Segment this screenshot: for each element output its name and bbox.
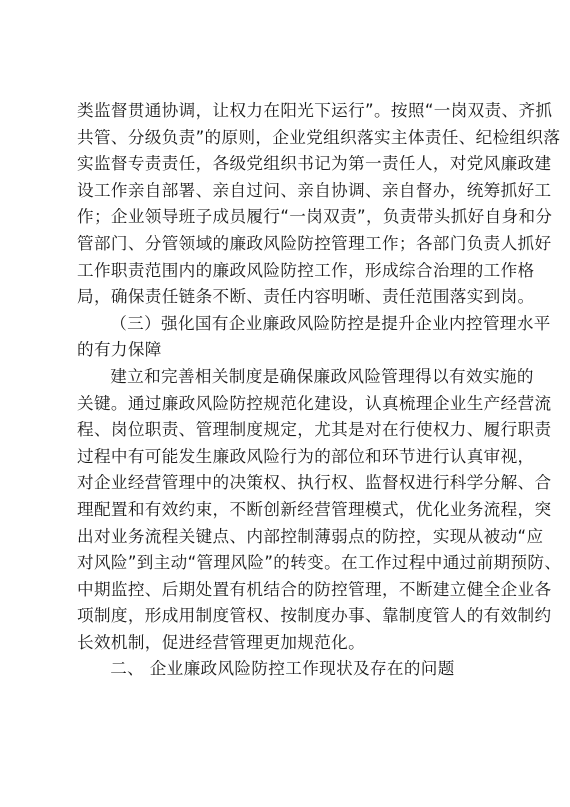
text-line: 局，确保责任链条不断、责任内容明晰、责任范围落实到岗。 [77, 284, 495, 311]
text-line: 管部门、分管领域的廉政风险防控管理工作；各部门负责人抓好 [77, 231, 495, 258]
text-line: 实监督专责责任，各级党组织书记为第一责任人，对党风廉政建 [77, 151, 495, 178]
paragraph-responsibility-system: 类监督贯通协调，让权力在阳光下运行”。按照“一岗双责、齐抓 共管、分级负责”的原… [77, 98, 495, 311]
section-heading-line: 二、 企业廉政风险防控工作现状及存在的问题 [77, 656, 495, 683]
section-heading-2: 二、 企业廉政风险防控工作现状及存在的问题 [77, 656, 495, 683]
text-line: 关键。通过廉政风险防控规范化建设，认真梳理企业生产经营流 [77, 391, 495, 418]
subheading-line: （三）强化国有企业廉政风险防控是提升企业内控管理水平 [77, 311, 495, 338]
text-line: 作；企业领导班子成员履行“一岗双责”，负责带头抓好自身和分 [77, 204, 495, 231]
paragraph-institutional-building: 建立和完善相关制度是确保廉政风险管理得以有效实施的 关键。通过廉政风险防控规范化… [77, 364, 495, 657]
text-line: 程、岗位职责、管理制度规定，尤其是对在行使权力、履行职责 [77, 417, 495, 444]
text-line: 项制度，形成用制度管权、按制度办事、靠制度管人的有效制约 [77, 603, 495, 630]
text-line: 类监督贯通协调，让权力在阳光下运行”。按照“一岗双责、齐抓 [77, 98, 495, 125]
text-line: 对风险”到主动“管理风险”的转变。在工作过程中通过前期预防、 [77, 550, 495, 577]
subheading-line: 的有力保障 [77, 337, 495, 364]
text-line: 出对业务流程关键点、内部控制薄弱点的防控，实现从被动“应 [77, 524, 495, 551]
subheading-section-3: （三）强化国有企业廉政风险防控是提升企业内控管理水平 的有力保障 [77, 311, 495, 364]
text-line: 建立和完善相关制度是确保廉政风险管理得以有效实施的 [77, 364, 495, 391]
text-line: 过程中有可能发生廉政风险行为的部位和环节进行认真审视， [77, 444, 495, 471]
text-line: 对企业经营管理中的决策权、执行权、监督权进行科学分解、合 [77, 470, 495, 497]
document-page: 类监督贯通协调，让权力在阳光下运行”。按照“一岗双责、齐抓 共管、分级负责”的原… [0, 0, 570, 807]
document-body: 类监督贯通协调，让权力在阳光下运行”。按照“一岗双责、齐抓 共管、分级负责”的原… [77, 98, 495, 683]
text-line: 长效机制，促进经营管理更加规范化。 [77, 630, 495, 657]
text-line: 设工作亲自部署、亲自过问、亲自协调、亲自督办，统筹抓好工 [77, 178, 495, 205]
text-line: 共管、分级负责”的原则，企业党组织落实主体责任、纪检组织落 [77, 125, 495, 152]
text-line: 中期监控、后期处置有机结合的防控管理，不断建立健全企业各 [77, 577, 495, 604]
text-line: 工作职责范围内的廉政风险防控工作，形成综合治理的工作格 [77, 258, 495, 285]
text-line: 理配置和有效约束，不断创新经营管理模式，优化业务流程，突 [77, 497, 495, 524]
